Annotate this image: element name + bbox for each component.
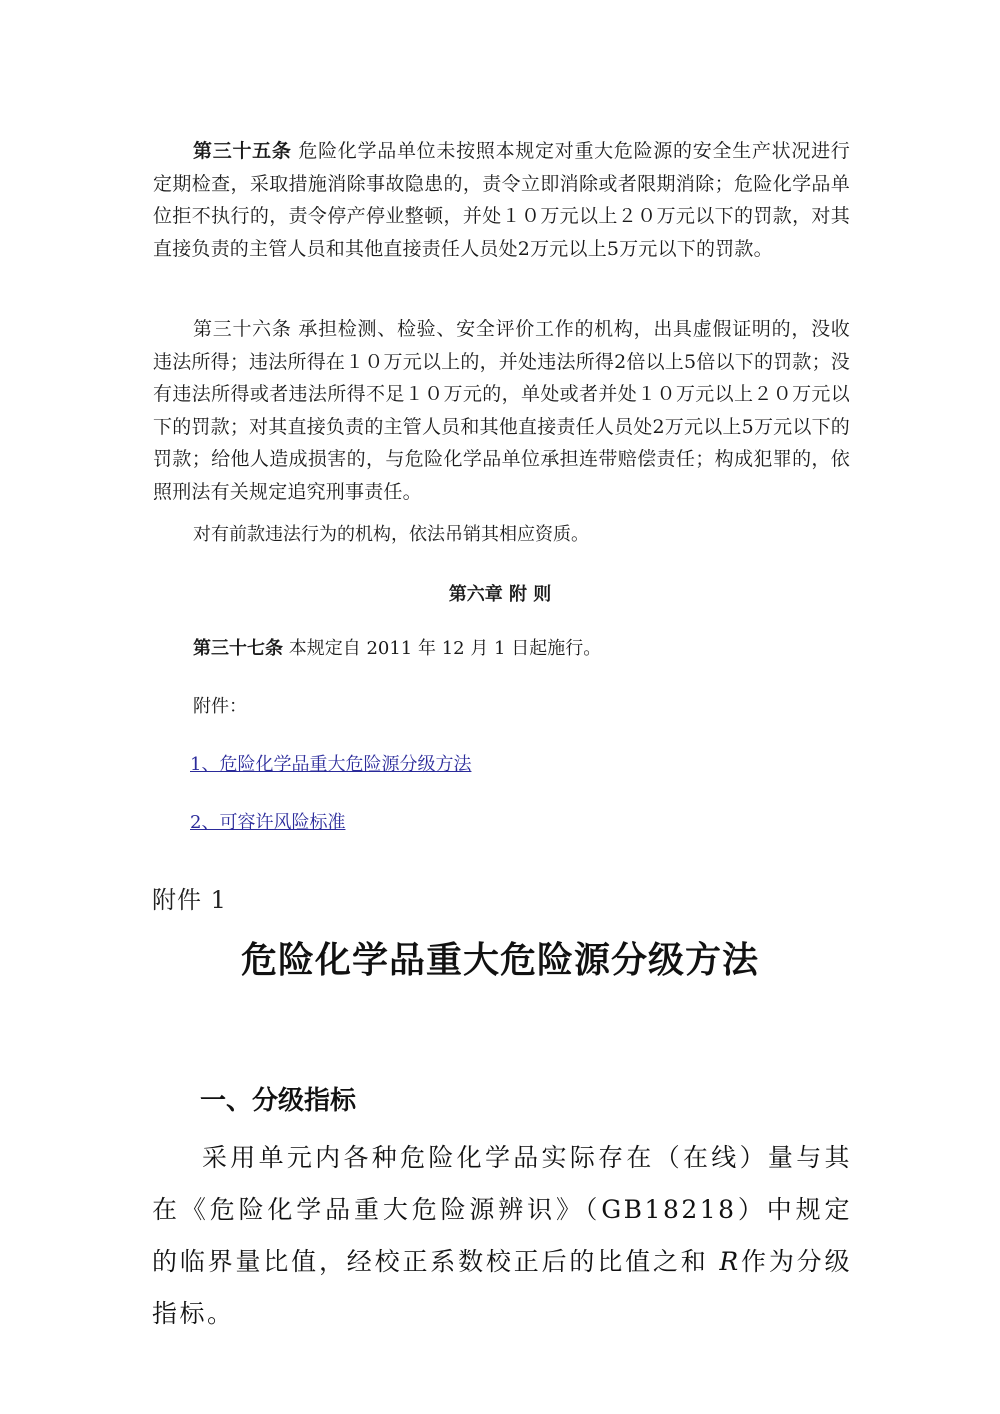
attachment-link-2[interactable]: 2、可容许风险标准: [190, 808, 345, 834]
article-35: 第三十五条 危险化学品单位未按照本规定对重大危险源的安全生产状况进行定期检查，采…: [153, 135, 850, 265]
article-37-number: 第三十七条: [193, 638, 283, 659]
annex-body-variable: R: [719, 1247, 740, 1276]
annex-body: 采用单元内各种危险化学品实际存在（在线）量与其在《危险化学品重大危险源辨识》（G…: [152, 1132, 852, 1340]
article-37-text: 本规定自 2011 年 12 月 1 日起施行。: [283, 638, 601, 659]
article-36-number: 第三十六条: [193, 318, 292, 340]
annex-title: 危险化学品重大危险源分级方法: [0, 932, 1000, 983]
article-37: 第三十七条 本规定自 2011 年 12 月 1 日起施行。: [193, 634, 601, 660]
article-35-number: 第三十五条: [193, 140, 292, 162]
chapter-6-heading: 第六章 附 则: [0, 580, 1000, 606]
section-heading: 一、分级指标: [200, 1080, 356, 1117]
article-36-supplement: 对有前款违法行为的机构，依法吊销其相应资质。: [193, 520, 589, 546]
article-36: 第三十六条 承担检测、检验、安全评价工作的机构，出具虚假证明的，没收违法所得；违…: [153, 313, 850, 508]
attachment-link-1[interactable]: 1、危险化学品重大危险源分级方法: [190, 750, 471, 776]
article-36-text: 承担检测、检验、安全评价工作的机构，出具虚假证明的，没收违法所得；违法所得在１０…: [153, 318, 850, 503]
document-page: 第三十五条 危险化学品单位未按照本规定对重大危险源的安全生产状况进行定期检查，采…: [0, 0, 1000, 1414]
attachments-label: 附件：: [193, 692, 247, 718]
annex-label: 附件 1: [152, 880, 227, 915]
